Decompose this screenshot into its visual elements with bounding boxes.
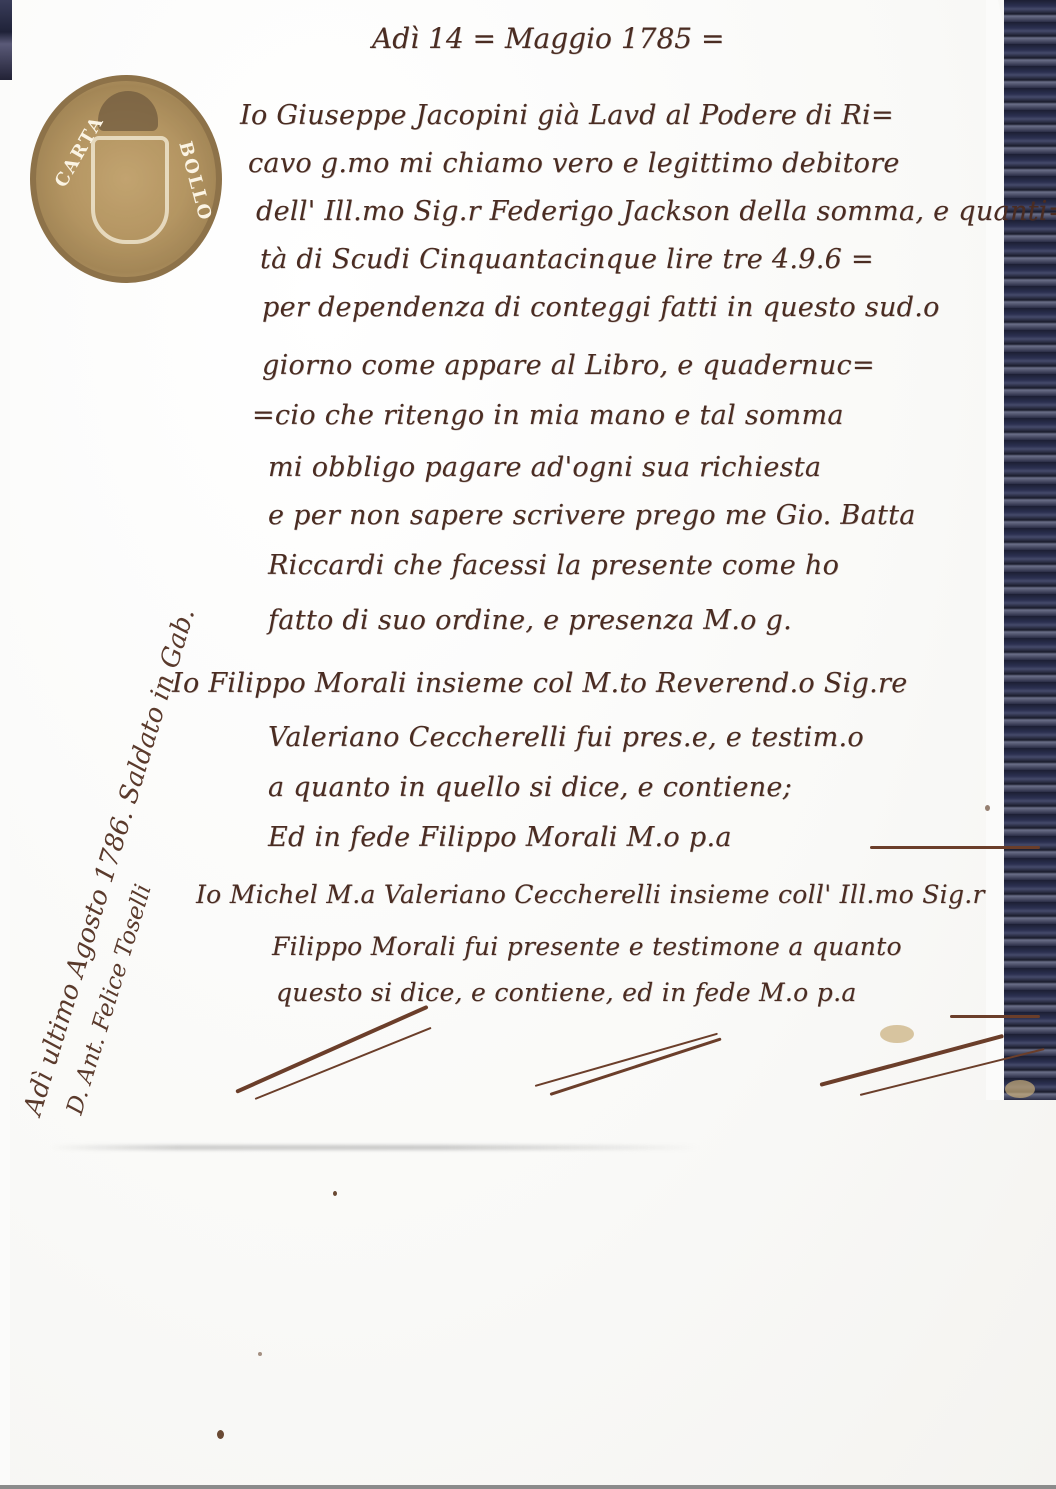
coat-of-arms-icon [91,136,169,244]
body-line: e per non sapere scrivere prego me Gio. … [268,500,916,531]
witness-2-line: questo si dice, e contiene, ed in fede M… [276,978,857,1007]
body-line: cavo g.mo mi chiamo vero e legittimo deb… [248,148,900,179]
body-line: Riccardi che facessi la presente come ho [268,550,839,581]
tax-stamp-seal: CARTA BOLLO [30,75,222,283]
scan-edge-left [0,0,12,80]
paper-stain [1005,1080,1035,1098]
scan-edge-right [1004,0,1056,1100]
stamp-legend-right: BOLLO [174,139,216,224]
body-line: dell' Ill.mo Sig.r Federigo Jackson dell… [256,196,1056,227]
scan-edge-bottom [0,1485,1056,1489]
body-line: Io Giuseppe Jacopini già Lavd al Podere … [240,100,894,131]
witness-1-line: Io Filippo Morali insieme col M.to Rever… [172,668,907,699]
paper-fold-line [50,1145,700,1150]
body-line: giorno come appare al Libro, e quadernuc… [262,350,875,381]
body-line: =cio che ritengo in mia mano e tal somma [252,400,844,431]
paper-stain [880,1025,914,1043]
paper-speck [217,1430,224,1439]
body-line: per dependenza di conteggi fatti in ques… [262,292,940,323]
date-heading: Adì 14 = Maggio 1785 = [372,22,724,55]
witness-2-line: Io Michel M.a Valeriano Ceccherelli insi… [196,880,985,909]
paper-speck [258,1352,262,1356]
body-line: fatto di suo ordine, e presenza M.o g. [268,605,792,636]
paper-speck [985,805,990,811]
witness-1-line: a quanto in quello si dice, e contiene; [268,772,792,803]
witness-1-line: Ed in fede Filippo Morali M.o p.a [268,822,732,853]
paper-speck [333,1191,337,1196]
signature-flourish [870,846,1040,849]
witness-2-line: Filippo Morali fui presente e testimone … [272,932,902,961]
closing-dash [950,1015,1040,1018]
body-line: mi obbligo pagare ad'ogni sua richiesta [268,452,821,483]
body-line: tà di Scudi Cinquantacinque lire tre 4.9… [260,244,874,275]
witness-1-line: Valeriano Ceccherelli fui pres.e, e test… [268,722,864,753]
